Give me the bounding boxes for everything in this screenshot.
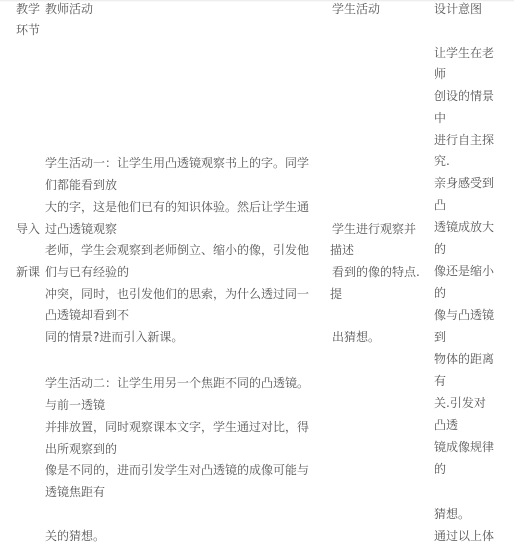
design-line: 亲身感受到 (434, 176, 494, 190)
teacher-line: 们都能看到放 (45, 178, 117, 192)
teacher-line: 出所观察到的 (45, 442, 117, 456)
design-line: 的 (434, 286, 446, 300)
teacher-line: 透镜焦距有 (45, 485, 105, 499)
design-line: 中 (434, 111, 446, 125)
teacher-line: 与前一透镜 (45, 398, 105, 412)
teacher-line: 学生活动二：让学生用另一个焦距不同的凸透镜。 (45, 376, 309, 390)
teacher-line: 同的情景?进而引入新课。 (45, 330, 183, 344)
teacher-line: 并排放置，同时观察课本文字，学生通过对比，得 (45, 420, 309, 434)
student-line: 学生进行观察并 (332, 222, 416, 236)
teacher-line: 冲突，同时，也引发他们的思索，为什么透过同一 (45, 287, 309, 301)
stage-label: 导入 (16, 222, 40, 236)
teacher-line: 学生活动一：让学生用凸透镜观察书上的字。同学 (45, 156, 309, 170)
design-line: 的 (434, 242, 446, 256)
student-line: 出猜想。 (332, 330, 380, 344)
teacher-line: 老师，学生会观察到老师倒立、缩小的像，引发他 (45, 243, 309, 257)
design-line: 猜想。 (434, 507, 470, 521)
design-line: 师 (434, 67, 446, 81)
design-line: 物体的距离 (434, 352, 494, 366)
design-line: 进行自主探 (434, 133, 494, 147)
header-design-intent: 设计意图 (434, 2, 482, 16)
design-line: 像与凸透镜 (434, 308, 494, 322)
design-line: 创设的情景 (434, 89, 494, 103)
header-teacher-activity: 教师活动 (45, 2, 93, 16)
design-line: 有 (434, 374, 446, 388)
design-line: 凸 (434, 198, 446, 212)
design-line: 镜成像规律 (434, 440, 494, 454)
design-line: 透镜成放大 (434, 220, 494, 234)
teacher-line: 大的字，这是他们已有的知识体验。然后让学生通 (45, 200, 309, 214)
design-line: 凸透 (434, 418, 458, 432)
header-stage-line2: 环节 (16, 23, 40, 37)
design-line: 通过以上体 (434, 529, 494, 543)
teacher-line: 关的猜想。 (45, 529, 105, 543)
student-line: 看到的像的特点. (332, 265, 420, 279)
teacher-line: 像是不同的，进而引发学生对凸透镜的成像可能与 (45, 463, 309, 477)
design-line: 到 (434, 330, 446, 344)
teacher-overflow: 提 (330, 287, 342, 301)
teacher-line: 凸透镜却看到不 (45, 308, 129, 322)
design-line: 让学生在老 (434, 46, 494, 60)
teacher-line: 过凸透镜观察 (45, 222, 117, 236)
design-line: 像还是缩小 (434, 264, 494, 278)
header-student-activity: 学生活动 (332, 2, 380, 16)
design-line: 的 (434, 462, 446, 476)
stage-label-line2: 新课 (16, 265, 40, 279)
teacher-overflow: 描述 (330, 243, 354, 257)
teacher-line: 们与已有经验的 (45, 265, 129, 279)
header-stage: 教学 (16, 2, 40, 16)
design-line: 究. (434, 154, 450, 168)
design-line: 关.引发对 (434, 396, 486, 410)
